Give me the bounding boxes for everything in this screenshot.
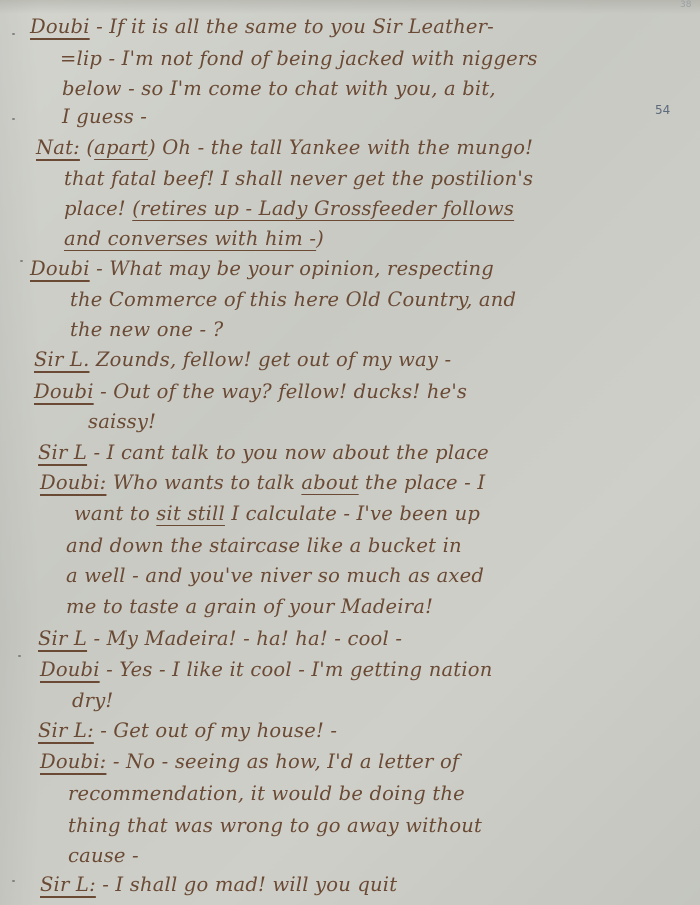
speaker-name: Doubi <box>30 14 90 40</box>
script-line: Nat: (apart) Oh - the tall Yankee with t… <box>36 135 533 161</box>
dialogue-text: thing that was wrong to go away without <box>68 814 482 837</box>
script-line: dry! <box>72 688 113 714</box>
dialogue-text: - My Madeira! - ha! ha! - cool - <box>93 627 402 650</box>
dialogue-text: a well - and you've niver so much as axe… <box>66 564 484 587</box>
script-line: Doubi - If it is all the same to you Sir… <box>30 14 494 40</box>
dialogue-text: - Get out of my house! - <box>100 719 337 742</box>
speaker-name: Doubi <box>34 379 94 405</box>
script-line: thing that was wrong to go away without <box>68 813 482 839</box>
dialogue-text: - I cant talk to you now about the place <box>93 441 488 464</box>
paper-speck <box>20 260 23 262</box>
dialogue-text: Who wants to talk <box>106 471 301 494</box>
speaker-name: Sir L: <box>40 872 96 898</box>
script-line: Doubi - Yes - I like it cool - I'm getti… <box>40 657 492 683</box>
paren-open: ( <box>86 136 94 159</box>
dialogue-text: want to <box>74 502 156 525</box>
dialogue-text: me to taste a grain of your Madeira! <box>66 595 433 618</box>
speaker-name: Doubi <box>40 657 100 683</box>
script-line: Sir L - I cant talk to you now about the… <box>38 440 489 466</box>
script-line: saissy! <box>88 409 156 435</box>
paper-speck <box>12 118 15 120</box>
script-line: the Commerce of this here Old Country, a… <box>70 287 516 313</box>
dialogue-text: below - so I'm come to chat with you, a … <box>62 77 496 100</box>
script-line: the new one - ? <box>70 317 223 343</box>
script-line: want to sit still I calculate - I've bee… <box>74 501 480 527</box>
dialogue-text: cause - <box>68 844 139 867</box>
dialogue-text: saissy! <box>88 410 156 433</box>
dialogue-text: - What may be your opinion, respecting <box>96 257 494 280</box>
script-line: Doubi - Out of the way? fellow! ducks! h… <box>34 379 467 405</box>
dialogue-text: Oh - the tall Yankee with the mungo! <box>156 136 533 159</box>
script-line: Sir L - My Madeira! - ha! ha! - cool - <box>38 626 402 652</box>
script-line: Doubi: - No - seeing as how, I'd a lette… <box>40 749 459 775</box>
corner-archive-mark: 38 <box>680 0 691 10</box>
dialogue-text: the place - I <box>359 471 486 494</box>
dialogue-text: dry! <box>72 689 113 712</box>
script-line: a well - and you've niver so much as axe… <box>66 563 484 589</box>
aside-direction: apart <box>94 136 148 159</box>
dialogue-text: place! <box>64 197 132 220</box>
script-line: I guess - <box>62 104 147 130</box>
script-line: and down the staircase like a bucket in <box>66 533 462 559</box>
script-line: Sir L: - I shall go mad! will you quit <box>40 872 397 898</box>
paper-speck <box>12 33 15 35</box>
dialogue-text: =lip - I'm not fond of being jacked with… <box>60 47 538 70</box>
speaker-name: Nat: <box>36 135 80 161</box>
speaker-name: Doubi: <box>40 470 106 496</box>
script-line: that fatal beef! I shall never get the p… <box>64 166 533 192</box>
dialogue-text: - No - seeing as how, I'd a letter of <box>113 750 459 773</box>
stage-direction: (retires up - Lady Grossfeeder follows <box>132 197 514 220</box>
dialogue-text: Zounds, fellow! get out of my way - <box>96 348 451 371</box>
dialogue-text: and down the staircase like a bucket in <box>66 534 462 557</box>
script-line: Sir L: - Get out of my house! - <box>38 718 337 744</box>
dialogue-text: that fatal beef! I shall never get the p… <box>64 167 533 190</box>
dialogue-text: the Commerce of this here Old Country, a… <box>70 288 516 311</box>
dialogue-text: the new one - ? <box>70 318 223 341</box>
emphasized-word: about <box>301 471 358 494</box>
speaker-name: Sir L: <box>38 718 94 744</box>
dialogue-text: - Out of the way? fellow! ducks! he's <box>100 380 467 403</box>
speaker-name: Sir L <box>38 440 87 466</box>
folio-number: 54 <box>655 103 670 117</box>
paper-speck <box>18 655 21 657</box>
script-line: =lip - I'm not fond of being jacked with… <box>60 46 538 72</box>
speaker-name: Sir L. <box>34 347 89 373</box>
speaker-name: Sir L <box>38 626 87 652</box>
dialogue-text: - I shall go mad! will you quit <box>102 873 397 896</box>
script-line: Sir L. Zounds, fellow! get out of my way… <box>34 347 451 373</box>
stage-direction: and converses with him - <box>64 227 316 250</box>
script-line: place! (retires up - Lady Grossfeeder fo… <box>64 196 514 222</box>
script-line: cause - <box>68 843 139 869</box>
script-line: me to taste a grain of your Madeira! <box>66 594 433 620</box>
script-line: and converses with him -) <box>64 226 324 252</box>
paren-close: ) <box>148 136 156 159</box>
script-line: below - so I'm come to chat with you, a … <box>62 76 496 102</box>
dialogue-text: I guess - <box>62 105 147 128</box>
dialogue-text: - Yes - I like it cool - I'm getting nat… <box>106 658 492 681</box>
dialogue-text: - If it is all the same to you Sir Leath… <box>96 15 494 38</box>
paren-close: ) <box>316 227 324 250</box>
paper-speck <box>12 880 15 882</box>
manuscript-page: 38 54 Doubi - If it is all the same to y… <box>0 0 700 905</box>
dialogue-text: I calculate - I've been up <box>225 502 480 525</box>
emphasized-word: sit still <box>156 502 225 525</box>
script-line: recommendation, it would be doing the <box>68 781 465 807</box>
script-line: Doubi: Who wants to talk about the place… <box>40 470 485 496</box>
dialogue-text: recommendation, it would be doing the <box>68 782 465 805</box>
script-line: Doubi - What may be your opinion, respec… <box>30 256 494 282</box>
speaker-name: Doubi <box>30 256 90 282</box>
speaker-name: Doubi: <box>40 749 106 775</box>
